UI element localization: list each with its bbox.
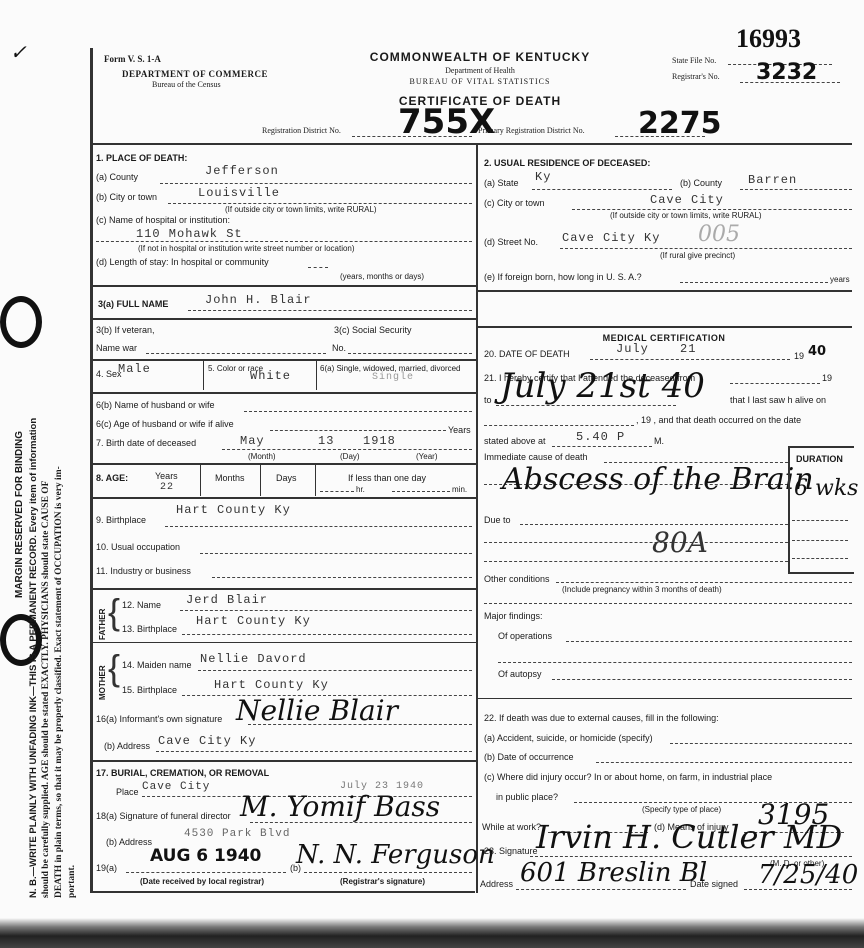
dod-line <box>590 359 790 360</box>
due-to-line-2 <box>484 542 788 543</box>
death-city-note: (If outside city or town limits, write R… <box>225 206 377 214</box>
father-brace: { <box>108 594 120 630</box>
death-county-label: (a) County <box>96 173 138 182</box>
occupation-label: 10. Usual occupation <box>96 543 180 552</box>
burial-label: 17. BURIAL, CREMATION, OR REMOVAL <box>96 769 269 778</box>
accident-line <box>670 743 852 744</box>
duration-line-2 <box>792 540 848 541</box>
death-county-value: Jefferson <box>205 164 279 178</box>
father-birthplace-value: Hart County Ky <box>196 614 311 628</box>
stay-label: (d) Length of stay: In hospital or commu… <box>96 258 269 267</box>
color-value: White <box>250 369 291 383</box>
res-street-note: (If rural give precinct) <box>660 252 735 260</box>
res-city-line <box>572 209 852 210</box>
at-work-label: While at work? <box>482 823 541 832</box>
received-line <box>126 872 286 873</box>
full-name-line <box>188 310 472 311</box>
father-name-label: 12. Name <box>122 601 161 610</box>
age-divider-3 <box>315 464 316 496</box>
res-foreign-label: (e) If foreign born, how long in U. S. A… <box>484 273 642 282</box>
industry-label: 11. Industry or business <box>96 567 191 576</box>
mother-birthplace-value: Hart County Ky <box>214 678 329 692</box>
findings-rule <box>476 698 852 699</box>
margin-note-line3: DEATH in plain terms, so that it may be … <box>54 466 64 898</box>
commonwealth-title: COMMONWEALTH OF KENTUCKY <box>330 50 630 64</box>
death-city-line <box>168 203 472 204</box>
res-street-line <box>560 248 852 249</box>
marital-value: Single <box>372 372 414 383</box>
specify-place-note: (Specify type of place) <box>642 806 721 814</box>
informant-label: 16(a) Informant's own signature <box>96 715 222 724</box>
received-label: 19(a) <box>96 864 117 873</box>
day-caption: (Day) <box>340 453 360 461</box>
state-file-label: State File No. <box>672 56 716 65</box>
column-divider <box>476 143 478 893</box>
major-findings-label: Major findings: <box>484 612 543 621</box>
due-to-label: Due to <box>484 516 511 525</box>
physician-signature-line <box>530 856 852 857</box>
physician-address: 601 Breslin Bl <box>520 858 707 888</box>
occupation-line <box>200 553 472 554</box>
physician-signature-label: 23. Signature <box>484 847 538 856</box>
age-years-value: 22 <box>160 482 174 493</box>
margin-note-line4: portant. <box>67 865 77 898</box>
medical-heading: MEDICAL CERTIFICATION <box>476 334 852 343</box>
res-county-value: Barren <box>748 173 797 187</box>
physician-signature: Irvin H. Cutler MD <box>536 818 842 856</box>
primary-district-value: 2275 <box>638 106 722 141</box>
min-line <box>392 491 450 492</box>
ss-no-label: No. <box>332 344 346 353</box>
birth-day: 13 <box>318 434 334 448</box>
duration-label: DURATION <box>796 455 843 464</box>
res-foreign-unit: years <box>830 276 850 284</box>
res-city-value: Cave City <box>650 193 724 207</box>
birth-month: May <box>240 434 265 448</box>
director-label: 18(a) Signature of funeral director <box>96 812 231 821</box>
death-county-line <box>160 183 472 184</box>
father-rule <box>90 642 476 643</box>
cause-code: 80A <box>652 526 708 559</box>
informant-address-value: Cave City Ky <box>158 734 256 748</box>
dept-health: Department of Health <box>330 66 630 75</box>
informant-address-line <box>156 751 472 752</box>
age-divider-2 <box>260 464 261 496</box>
father-birthplace-line <box>182 634 472 635</box>
physician-address-label: Address <box>480 880 513 889</box>
mother-name-value: Nellie Davord <box>200 652 307 666</box>
year-caption: (Year) <box>416 453 438 461</box>
mother-name-label: 14. Maiden name <box>122 661 192 670</box>
birth-year: 1918 <box>363 434 396 448</box>
res-street-code: 005 <box>698 222 740 247</box>
received-stamp: AUG 6 1940 <box>150 846 261 866</box>
duration-value: 6 wks <box>794 476 858 501</box>
spouse-label: 6(b) Name of husband or wife <box>96 401 215 410</box>
birth-label: 7. Birth date of deceased <box>96 439 196 448</box>
birthplace-label: 9. Birthplace <box>96 516 146 525</box>
margin-note-line2: should be carefully supplied. AGE should… <box>41 481 51 899</box>
dod-year: 40 <box>808 344 826 359</box>
frame-left <box>90 48 93 893</box>
bureau-name: Bureau of the Census <box>152 80 221 89</box>
due-to-line-3 <box>484 561 788 562</box>
age-rule <box>90 497 476 499</box>
duration-box <box>788 446 854 574</box>
informant-address-label: (b) Address <box>104 742 150 751</box>
date-signed-value: 7/25/40 <box>758 860 858 890</box>
checkmark: ✓ <box>10 40 27 64</box>
margin-reserved-text: MARGIN RESERVED FOR BINDING <box>14 431 25 598</box>
death-occurred-label: , 19 , and that death occurred on the da… <box>636 416 801 425</box>
stated-above-label: stated above at <box>484 437 546 446</box>
mother-tag: MOTHER <box>98 665 107 700</box>
director-signature: M. Yomif Bass <box>240 790 440 823</box>
father-name-value: Jerd Blair <box>186 593 268 607</box>
month-caption: (Month) <box>248 453 276 461</box>
mother-name-line <box>198 670 472 671</box>
scan-edge <box>0 918 864 948</box>
attend-to-value: July 21st 40 <box>500 366 705 406</box>
sex-divider <box>203 360 204 390</box>
received-caption: (Date received by local registrar) <box>140 878 264 886</box>
department-name: DEPARTMENT OF COMMERCE <box>122 69 268 79</box>
hospital-label: (c) Name of hospital or institution: <box>96 216 230 225</box>
spouse-line <box>244 411 472 412</box>
date-signed-label: Date signed <box>690 880 738 889</box>
res-county-line <box>740 189 852 190</box>
sex-rule <box>90 392 476 394</box>
name-rule <box>90 318 476 320</box>
res-foreign-line <box>680 282 828 283</box>
attend-to-label: to <box>484 396 492 405</box>
accident-label: (a) Accident, suicide, or homicide (spec… <box>484 734 653 743</box>
immediate-cause-value: Abscess of the Brain <box>502 462 814 497</box>
time-value: 5.40 P <box>576 430 625 444</box>
industry-line <box>212 577 472 578</box>
director-address-label: (b) Address <box>106 838 152 847</box>
last-seen-line <box>484 425 634 426</box>
other-conditions-line-2 <box>484 603 852 604</box>
days-label: Days <box>276 474 297 483</box>
immediate-cause-label: Immediate cause of death <box>484 453 588 462</box>
m-label: M. <box>654 437 664 446</box>
mother-brace: { <box>108 650 120 686</box>
birth-line <box>222 449 472 450</box>
burial-place-label: Place <box>116 788 139 797</box>
external-causes-label: 22. If death was due to external causes,… <box>484 714 719 723</box>
hospital-line <box>96 241 472 242</box>
bureau-vital: BUREAU OF VITAL STATISTICS <box>330 77 630 86</box>
mother-birthplace-label: 15. Birthplace <box>122 686 177 695</box>
medical-top-rule <box>476 326 852 328</box>
operations-line-2 <box>498 662 852 663</box>
veteran-rule <box>90 359 476 361</box>
spouse-age-unit: Years <box>448 426 471 435</box>
death-city-label: (b) City or town <box>96 193 157 202</box>
res-county-label: (b) County <box>680 179 722 188</box>
color-divider <box>316 360 317 390</box>
full-name-value: John H. Blair <box>205 293 312 307</box>
hr-line <box>320 491 354 492</box>
occurrence-line <box>596 762 852 763</box>
registrar-no-label: Registrar's No. <box>672 72 720 81</box>
primary-district-label: Primary Registration District No. <box>478 126 585 135</box>
full-name-label: 3(a) FULL NAME <box>98 300 168 309</box>
director-address-value: 4530 Park Blvd <box>184 828 290 840</box>
age-divider-1 <box>200 464 201 496</box>
stay-note: (years, months or days) <box>340 273 424 281</box>
hospital-value: 110 Mohawk St <box>136 227 243 241</box>
section1-bottom-rule <box>90 285 476 287</box>
birthplace-line <box>165 526 472 527</box>
operations-label: Of operations <box>498 632 552 641</box>
spouse-age-line <box>270 430 446 431</box>
spouse-age-label: 6(c) Age of husband or wife if alive <box>96 420 234 429</box>
hospital-note: (If not in hospital or institution write… <box>138 245 355 253</box>
registrar-caption: (Registrar's signature) <box>340 878 425 886</box>
father-tag: FATHER <box>98 609 107 640</box>
reg-district-label: Registration District No. <box>262 126 341 135</box>
lessday-label: If less than one day <box>348 474 426 483</box>
dod-year-prefix: 19 <box>794 352 804 361</box>
other-conditions-note: (Include pregnancy within 3 months of de… <box>562 586 722 594</box>
industry-rule <box>90 588 476 590</box>
months-label: Months <box>215 474 245 483</box>
occurrence-label: (b) Date of occurrence <box>484 753 574 762</box>
war-line <box>146 353 326 354</box>
res-state-label: (a) State <box>484 179 519 188</box>
ss-label: 3(c) Social Security <box>334 326 412 335</box>
dod-month: July <box>616 342 649 356</box>
state-file-value: 16993 <box>736 24 801 54</box>
stay-line <box>308 267 328 268</box>
attend-from-line <box>730 383 820 384</box>
registrar-signature: N. N. Ferguson <box>296 840 495 870</box>
registrar-sig-line <box>304 872 472 873</box>
time-line <box>552 446 652 447</box>
years-label: Years <box>155 472 178 481</box>
sex-value: Male <box>118 362 151 376</box>
autopsy-line <box>552 679 852 680</box>
last-seen-label: that I last saw h alive on <box>730 396 826 405</box>
margin-note-line1: N. B.—WRITE PLAINLY WITH UNFADING INK—TH… <box>28 418 39 898</box>
death-city-value: Louisville <box>198 186 280 200</box>
section2-bottom-rule <box>476 290 852 292</box>
form-number: Form V. S. 1-A <box>104 54 161 64</box>
duration-line-1 <box>792 520 848 521</box>
other-conditions-line <box>556 582 852 583</box>
reg-district-value: 755X <box>398 102 495 142</box>
due-to-line <box>520 524 788 525</box>
res-city-label: (c) City or town <box>484 199 545 208</box>
dod-label: 20. DATE OF DEATH <box>484 350 570 359</box>
birth-rule <box>90 463 476 465</box>
father-name-line <box>180 610 472 611</box>
place-of-death-heading: 1. PLACE OF DEATH: <box>96 154 187 163</box>
frame-bottom-rule <box>90 891 475 893</box>
dod-day: 21 <box>680 342 696 356</box>
informant-signature: Nellie Blair <box>236 694 398 727</box>
registrar-no-value: 3232 <box>756 60 817 85</box>
informant-rule <box>90 760 476 762</box>
residence-heading: 2. USUAL RESIDENCE OF DECEASED: <box>484 159 650 168</box>
birthplace-value: Hart County Ky <box>176 503 291 517</box>
res-state-value: Ky <box>535 170 551 184</box>
where-injury-label: (c) Where did injury occur? In or about … <box>484 773 772 782</box>
age-label: 8. AGE: <box>96 474 128 483</box>
res-street-value: Cave City Ky <box>562 231 660 245</box>
min-label: min. <box>452 486 467 494</box>
physician-address-line <box>516 889 686 890</box>
binding-hole-top <box>0 296 42 348</box>
war-label: Name war <box>96 344 137 353</box>
burial-place-value: Cave City <box>142 781 210 793</box>
veteran-label: 3(b) If veteran, <box>96 326 155 335</box>
public-place-label: in public place? <box>496 793 558 802</box>
other-conditions-label: Other conditions <box>484 575 550 584</box>
res-street-label: (d) Street No. <box>484 238 538 247</box>
autopsy-label: Of autopsy <box>498 670 542 679</box>
res-city-note: (If outside city or town limits, write R… <box>610 212 762 220</box>
hr-label: hr. <box>356 486 365 494</box>
frame-top-rule <box>90 143 852 145</box>
ss-no-line <box>348 353 472 354</box>
attend-19: 19 <box>822 374 832 383</box>
father-birthplace-label: 13. Birthplace <box>122 625 177 634</box>
operations-line <box>566 641 852 642</box>
res-state-line <box>532 189 672 190</box>
duration-line-3 <box>792 558 848 559</box>
